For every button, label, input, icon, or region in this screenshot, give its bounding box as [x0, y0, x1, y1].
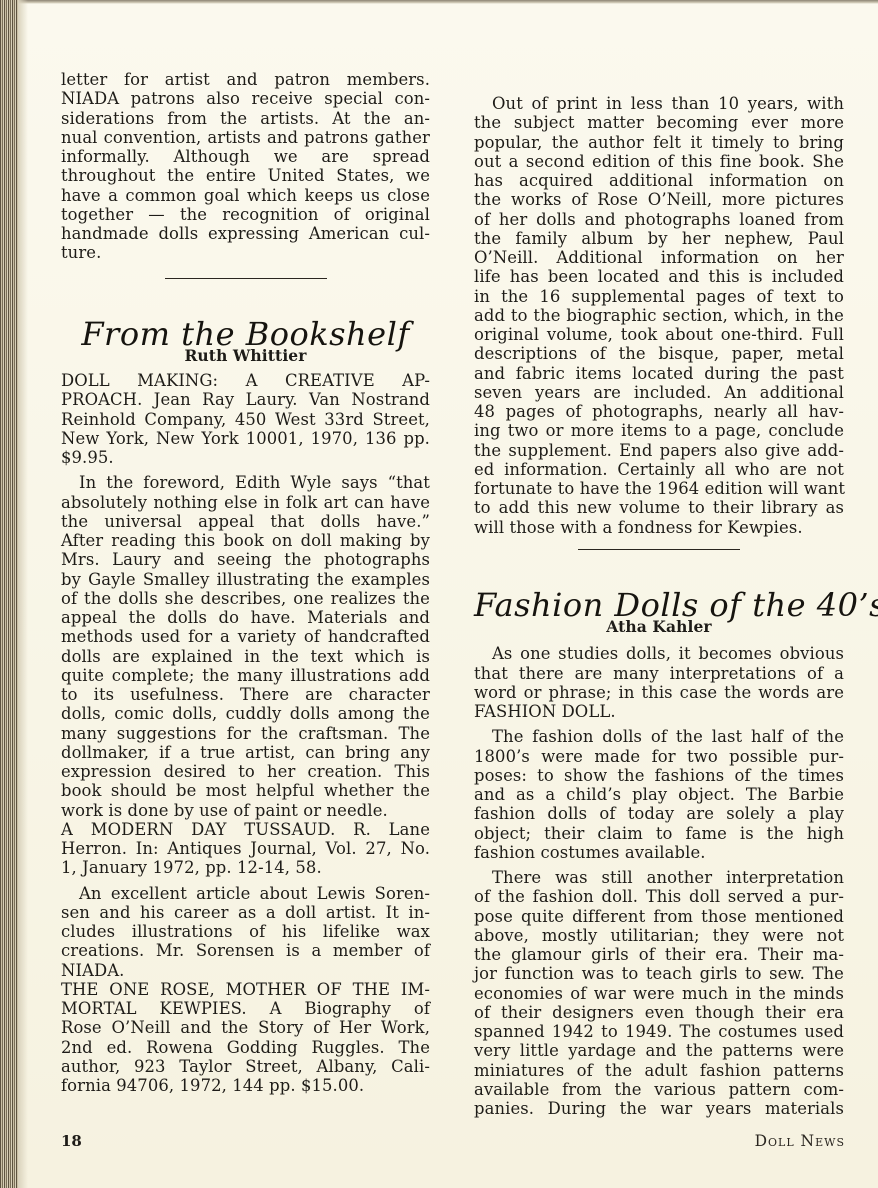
book-entry-2-review: An excellent article about Lewis Soren- …: [61, 884, 430, 980]
text-line: the family album by her nephew, Paul: [474, 229, 844, 248]
text-line: economies of war were much in the minds: [474, 984, 844, 1003]
text-line: available from the various pattern com-: [474, 1080, 844, 1099]
text-line: 1, January 1972, pp. 12-14, 58.: [61, 858, 430, 877]
text-line: dolls, comic dolls, cuddly dolls among t…: [61, 704, 430, 723]
text-line: siderations from the artists. At the an-: [61, 109, 430, 128]
text-line: jor function was to teach girls to sew. …: [474, 964, 844, 983]
text-line: dollmaker, if a true artist, can bring a…: [61, 743, 430, 762]
text-line: panies. During the war years materials: [474, 1099, 844, 1118]
text-line: New York, New York 10001, 1970, 136 pp.: [61, 429, 430, 448]
text-line: life has been located and this is includ…: [474, 267, 844, 286]
page-number: 18: [61, 1132, 82, 1150]
text-line: expression desired to her creation. This: [61, 762, 430, 781]
text-line: NIADA patrons also receive special con-: [61, 89, 430, 108]
left-column: letter for artist and patron members. NI…: [61, 70, 430, 1095]
text-line: together — the recognition of original: [61, 205, 430, 224]
text-line: add to the biographic section, which, in…: [474, 306, 844, 325]
publication-name: Doll News: [724, 1132, 845, 1150]
text-line: nual convention, artists and patrons gat…: [61, 128, 430, 147]
text-line: popular, the author felt it timely to br…: [474, 133, 844, 152]
text-line: Rose O’Neill and the Story of Her Work,: [61, 1018, 430, 1037]
text-line: PROACH. Jean Ray Laury. Van Nostrand: [61, 390, 430, 409]
text-line: of the dolls she describes, one realizes…: [61, 589, 430, 608]
text-line: dolls are explained in the text which is: [61, 647, 430, 666]
text-line: above, mostly utilitarian; they were not: [474, 926, 844, 945]
text-line: the subject matter becoming ever more: [474, 113, 844, 132]
text-line: poses: to show the fashions of the times: [474, 766, 844, 785]
text-line: NIADA.: [61, 961, 430, 980]
text-line: of their designers even though their era: [474, 1003, 844, 1022]
text-line: An excellent article about Lewis Soren-: [61, 884, 430, 903]
text-line: word or phrase; in this case the words a…: [474, 683, 844, 702]
binding-shadow: [18, 0, 28, 1188]
text-line: author, 923 Taylor Street, Albany, Cali-: [61, 1057, 430, 1076]
text-line: will those with a fondness for Kewpies.: [474, 518, 844, 537]
magazine-page: letter for artist and patron members. NI…: [0, 0, 878, 1188]
text-line: and as a child’s play object. The Barbie: [474, 785, 844, 804]
text-line: methods used for a variety of handcrafte…: [61, 627, 430, 646]
text-line: As one studies dolls, it becomes obvious: [474, 644, 844, 663]
text-line: There was still another interpretation: [474, 868, 844, 887]
text-line: The fashion dolls of the last half of th…: [474, 727, 844, 746]
text-line: handmade dolls expressing American cul-: [61, 224, 430, 243]
text-line: to add this new volume to their library …: [474, 498, 844, 517]
text-line: After reading this book on doll making b…: [61, 531, 430, 550]
text-line: Reinhold Company, 450 West 33rd Street,: [61, 410, 430, 429]
text-line: has acquired additional information on: [474, 171, 844, 190]
text-line: fashion dolls of today are solely a play: [474, 804, 844, 823]
article-paragraph-1: As one studies dolls, it becomes obvious…: [474, 644, 844, 721]
text-line: in the 16 supplemental pages of text to: [474, 287, 844, 306]
text-line: fortunate to have the 1964 edition will …: [474, 479, 844, 498]
text-line: absolutely nothing else in folk art can …: [61, 493, 430, 512]
article-paragraph-2: The fashion dolls of the last half of th…: [474, 727, 844, 862]
text-line: DOLL MAKING: A CREATIVE AP-: [61, 371, 430, 390]
text-line: of her dolls and photographs loaned from: [474, 210, 844, 229]
text-line: the universal appeal that dolls have.”: [61, 512, 430, 531]
text-line: by Gayle Smalley illustrating the exampl…: [61, 570, 430, 589]
text-line: creations. Mr. Sorensen is a member of: [61, 941, 430, 960]
text-line: object; their claim to fame is the high: [474, 824, 844, 843]
text-line: seven years are included. An additional: [474, 383, 844, 402]
text-line: quite complete; the many illustrations a…: [61, 666, 430, 685]
book-entry-1-review: In the foreword, Edith Wyle says “that a…: [61, 473, 430, 820]
text-line: descriptions of the bisque, paper, metal: [474, 344, 844, 363]
text-line: miniatures of the adult fashion patterns: [474, 1061, 844, 1080]
book-entry-2-citation: A MODERN DAY TUSSAUD. R. Lane Herron. In…: [61, 820, 430, 878]
text-line: to its usefulness. There are character: [61, 685, 430, 704]
right-column: Out of print in less than 10 years, with…: [474, 94, 844, 1118]
text-line: the glamour girls of their era. Their ma…: [474, 945, 844, 964]
text-line: ing two or more items to a page, conclud…: [474, 421, 844, 440]
text-line: 1800’s were made for two possible pur-: [474, 747, 844, 766]
text-line: FASHION DOLL.: [474, 702, 844, 721]
text-line: sen and his career as a doll artist. It …: [61, 903, 430, 922]
text-line: ed information. Certainly all who are no…: [474, 460, 844, 479]
article-paragraph-3: There was still another interpretation o…: [474, 868, 844, 1118]
text-line: ture.: [61, 243, 430, 262]
text-line: 48 pages of photographs, nearly all hav-: [474, 402, 844, 421]
text-line: pose quite different from those mentione…: [474, 907, 844, 926]
section-title: From the Bookshelf: [61, 325, 430, 344]
text-line: appeal the dolls do have. Materials and: [61, 608, 430, 627]
text-line: Mrs. Laury and seeing the photographs: [61, 550, 430, 569]
text-line: the works of Rose O’Neill, more pictures: [474, 190, 844, 209]
text-line: letter for artist and patron members.: [61, 70, 430, 89]
text-line: Herron. In: Antiques Journal, Vol. 27, N…: [61, 839, 430, 858]
text-line: In the foreword, Edith Wyle says “that: [61, 473, 430, 492]
page-top-edge: [0, 0, 878, 4]
text-line: throughout the entire United States, we: [61, 166, 430, 185]
text-line: $9.95.: [61, 448, 430, 467]
text-line: spanned 1942 to 1949. The costumes used: [474, 1022, 844, 1041]
book-entry-3-citation: THE ONE ROSE, MOTHER OF THE IM- MORTAL K…: [61, 980, 430, 1096]
text-line: fornia 94706, 1972, 144 pp. $15.00.: [61, 1076, 430, 1095]
book-entry-1-citation: DOLL MAKING: A CREATIVE AP- PROACH. Jean…: [61, 371, 430, 467]
text-line: fashion costumes available.: [474, 843, 844, 862]
text-line: O’Neill. Additional information on her: [474, 248, 844, 267]
text-line: THE ONE ROSE, MOTHER OF THE IM-: [61, 980, 430, 999]
text-line: work is done by use of paint or needle.: [61, 801, 430, 820]
text-line: 2nd ed. Rowena Godding Ruggles. The: [61, 1038, 430, 1057]
text-line: that there are many interpretations of a: [474, 664, 844, 683]
text-line: Out of print in less than 10 years, with: [474, 94, 844, 113]
text-line: original volume, took about one-third. F…: [474, 325, 844, 344]
article-title: Fashion Dolls of the 40’s: [474, 596, 844, 615]
intro-paragraph: letter for artist and patron members. NI…: [61, 70, 430, 263]
text-line: out a second edition of this fine book. …: [474, 152, 844, 171]
text-line: A MODERN DAY TUSSAUD. R. Lane: [61, 820, 430, 839]
text-line: very little yardage and the patterns wer…: [474, 1041, 844, 1060]
text-line: of the fashion doll. This doll served a …: [474, 887, 844, 906]
text-line: informally. Although we are spread: [61, 147, 430, 166]
text-line: have a common goal which keeps us close: [61, 186, 430, 205]
binding-edge: [0, 0, 18, 1188]
text-line: many suggestions for the craftsman. The: [61, 724, 430, 743]
text-line: and fabric items located during the past: [474, 364, 844, 383]
text-line: book should be most helpful whether the: [61, 781, 430, 800]
text-line: cludes illustrations of his lifelike wax: [61, 922, 430, 941]
book-entry-3-review: Out of print in less than 10 years, with…: [474, 94, 844, 537]
text-line: MORTAL KEWPIES. A Biography of: [61, 999, 430, 1018]
text-line: the supplement. End papers also give add…: [474, 441, 844, 460]
